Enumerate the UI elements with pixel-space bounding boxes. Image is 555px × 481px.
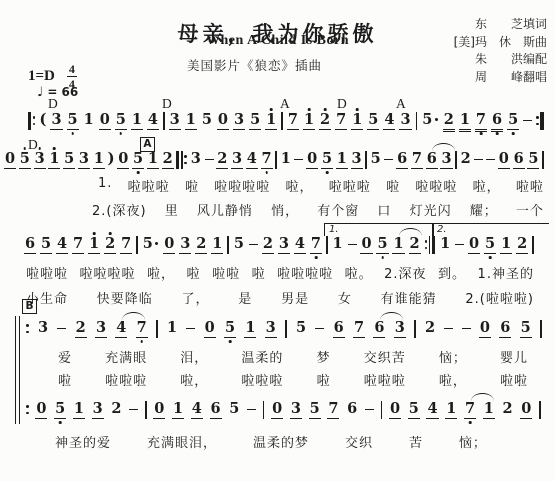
duration-dash — [186, 328, 195, 330]
note: 3 — [92, 401, 104, 419]
lyric-syllable: 啦。 — [345, 263, 373, 282]
repeat-dots — [26, 320, 29, 338]
note: 2 — [409, 236, 421, 254]
note: 0 — [360, 236, 372, 254]
lyric-syllable: 梦 — [317, 347, 331, 366]
note: 5 — [63, 151, 75, 169]
barline — [455, 151, 457, 169]
note: 0 — [217, 112, 229, 130]
note: 6 — [346, 401, 358, 416]
note: 0 — [306, 151, 318, 169]
high-octave-dot — [324, 108, 327, 111]
duration-dash — [247, 409, 256, 411]
high-octave-dot — [270, 108, 273, 111]
note: 4 — [147, 112, 159, 130]
note: 7 — [261, 151, 273, 169]
note: 1 — [244, 320, 256, 338]
barline — [539, 401, 541, 419]
note: 0 — [271, 401, 283, 419]
note: 1 — [172, 401, 184, 419]
lyric-syllable: 1. — [98, 176, 112, 195]
note: 3 — [399, 112, 411, 130]
section-marker-a: A — [140, 137, 155, 152]
note: 5 — [321, 151, 333, 169]
lyric-syllable: 一个 — [516, 200, 544, 219]
note: 3 — [231, 151, 243, 169]
barline — [416, 112, 418, 130]
high-octave-dot — [109, 232, 112, 235]
note: 6 — [210, 401, 222, 419]
lyric-syllable: 耀； — [470, 200, 498, 219]
note: 2 — [162, 151, 174, 169]
note: 1 — [83, 112, 95, 127]
chord-label: D — [162, 96, 172, 112]
note: 6 — [513, 151, 525, 169]
lyric-syllable: 啦， — [439, 370, 467, 389]
low-octave-dot — [326, 171, 329, 174]
note: 0 — [520, 401, 532, 419]
lyric-syllable: 里 — [165, 200, 179, 219]
lyrics-row: 爱充满眼泪，温柔的梦交织苦恼；婴儿 — [58, 347, 528, 366]
note: 2 — [424, 320, 436, 335]
lyric-syllable: 悄， — [271, 200, 299, 219]
note: 2 — [110, 401, 122, 416]
note: 5 — [507, 112, 519, 130]
repeat-dots — [184, 151, 187, 169]
parenthesis: ) — [107, 151, 114, 166]
barline — [381, 401, 383, 419]
note: 0 — [99, 112, 111, 130]
note: 3 — [37, 320, 49, 335]
lyric-syllable: 啦啦啦 — [105, 370, 147, 389]
duration-dash — [57, 328, 66, 330]
note: 3 — [34, 151, 46, 169]
lyric-syllable: 风儿静悄 — [197, 200, 253, 219]
barline — [275, 151, 277, 169]
duration-dash — [384, 159, 393, 161]
note: 5 — [67, 112, 79, 130]
volta-bracket: 1. — [324, 223, 434, 236]
barline — [136, 236, 138, 254]
note: 6 — [426, 151, 438, 169]
barline — [285, 320, 287, 338]
lyric-syllable: 恼； — [459, 432, 487, 451]
lyric-syllable: 灯光闪 — [410, 200, 452, 219]
lyric-syllable: 啦啦啦 — [364, 370, 406, 389]
note: 1 — [459, 112, 471, 130]
low-octave-dot — [120, 132, 123, 135]
note: 2 — [195, 236, 207, 254]
lyric-syllable: 啦 — [58, 370, 72, 389]
repeat-dots — [425, 236, 428, 254]
lyric-syllable: 啦啦 — [500, 370, 528, 389]
low-octave-dot — [469, 421, 472, 424]
lyric-syllable: 是 — [238, 288, 252, 307]
note: 7 — [136, 320, 148, 338]
note: 7 — [411, 151, 423, 169]
note: 0 — [498, 151, 510, 169]
note: 7 — [287, 112, 299, 130]
note: 4 — [426, 401, 438, 419]
sheet-music-page: 母亲，我为你骄傲 When A Child Is Born 美国影片《狼恋》插曲… — [0, 0, 555, 481]
low-octave-dot — [480, 132, 483, 135]
duration-dash — [455, 244, 464, 246]
barline — [285, 320, 287, 338]
note: 6 — [333, 320, 345, 338]
note: 4 — [56, 236, 68, 254]
repeat-dots — [536, 112, 539, 130]
note: 2 — [516, 236, 528, 254]
note: 5 — [228, 401, 240, 416]
repeat-dots — [26, 320, 29, 338]
barline — [414, 320, 416, 338]
note: 3 — [278, 236, 290, 254]
barline — [365, 151, 367, 169]
note: 3 — [179, 236, 191, 254]
barline — [542, 151, 544, 169]
duration-dash — [444, 328, 453, 330]
note: 3 — [95, 320, 107, 338]
lyric-syllable: 苦 — [409, 432, 423, 451]
lyric-syllable: 啦啦 — [212, 263, 240, 282]
low-octave-dot — [71, 132, 74, 135]
note: 5 — [233, 236, 245, 251]
note: 3 — [78, 151, 90, 169]
score-area: (35105143150351712715435217650531531)051… — [0, 0, 555, 481]
lyric-syllable: 啦 — [252, 263, 266, 282]
music-system-4: 3234710513567632065 — [26, 320, 542, 340]
note: 1 — [439, 236, 451, 251]
low-octave-dot — [140, 340, 143, 343]
chord-label: A — [280, 96, 290, 112]
lyric-syllable: 充满眼泪， — [147, 432, 217, 451]
duration-dash — [474, 159, 483, 161]
lyric-syllable: 口 — [377, 200, 391, 219]
note: 5 — [142, 236, 160, 251]
note: 7 — [475, 112, 487, 130]
low-octave-dot — [137, 171, 140, 174]
note: 1 — [147, 151, 159, 169]
duration-dash — [315, 328, 324, 330]
note: 0 — [204, 320, 216, 338]
note: 1 — [166, 320, 178, 335]
note: 7 — [72, 236, 84, 254]
lyrics-row: 神圣的爱充满眼泪，温柔的梦交织苦恼； — [55, 432, 487, 451]
low-octave-dot — [229, 340, 232, 343]
note: 3 — [290, 401, 302, 419]
music-system-1: (3510514315035171271543521765 — [28, 112, 544, 132]
lyric-syllable: 婴儿 — [500, 347, 528, 366]
note: 4 — [294, 236, 306, 254]
note: 1 — [332, 236, 344, 251]
note: 5 — [224, 320, 236, 338]
lyric-syllable: 交织 — [345, 432, 373, 451]
note: 7 — [310, 236, 322, 254]
barline — [176, 151, 179, 169]
lyrics-row: 2.(深夜)里风儿静悄悄，有个窗口灯光闪耀；一个 — [92, 200, 544, 219]
lyric-syllable: 爱 — [58, 347, 72, 366]
lyric-syllable: 啦 — [185, 176, 199, 195]
duration-dash — [486, 159, 495, 161]
high-octave-dot — [93, 232, 96, 235]
lyric-syllable: 啦， — [147, 263, 175, 282]
lyric-syllable: 啦 — [386, 176, 400, 195]
note: 0 — [4, 151, 16, 169]
lyrics-row: 啦啦啦啦啦啦啦啦，啦啦啦啦啦啦啦啦啦。2.深夜到。1.神圣的 — [26, 263, 534, 282]
barline — [281, 112, 283, 130]
music-system-2: 0531531)05123234710513567632065 — [4, 151, 544, 171]
barline — [416, 112, 418, 130]
lyric-syllable: 交织苦 — [364, 347, 406, 366]
lyric-syllable: 女 — [338, 288, 352, 307]
barline — [136, 236, 138, 254]
repeat-begin — [28, 112, 35, 130]
note: 3 — [394, 320, 406, 338]
note: 4 — [115, 320, 127, 338]
volta-bracket: 2. — [432, 223, 549, 236]
barline — [281, 112, 283, 130]
lyrics-row: 啦啦啦啦啦，啦啦啦啦啦啦啦啦，啦啦 — [58, 370, 528, 389]
chord-label: D — [28, 137, 38, 153]
note: 0 — [479, 320, 491, 338]
duration-dash — [249, 244, 258, 246]
note: 7 — [327, 401, 339, 419]
note: 7 — [353, 320, 365, 338]
note: 1 — [500, 236, 512, 254]
low-octave-dot — [381, 256, 384, 259]
note: 2 — [104, 236, 116, 254]
note: 5 — [367, 112, 379, 130]
lyric-syllable: 男是 — [281, 288, 309, 307]
barline — [326, 236, 328, 254]
barline — [539, 401, 541, 419]
duration-dash — [462, 328, 471, 330]
note: 5 — [520, 320, 532, 338]
barline — [145, 401, 147, 419]
lyric-syllable: 2.(啦啦啦) — [465, 288, 534, 307]
chord-label: A — [396, 96, 406, 112]
barline — [275, 151, 277, 169]
duration-dash — [348, 244, 357, 246]
lyric-syllable: 啦啦啦 — [26, 263, 68, 282]
low-octave-dot — [59, 421, 62, 424]
lyric-syllable: 啦， — [473, 176, 501, 195]
lyric-syllable: 有个窗 — [317, 200, 359, 219]
note: 3 — [265, 320, 277, 338]
note: 5 — [309, 401, 321, 419]
lyric-syllable: 啦啦啦啦 — [277, 263, 333, 282]
low-octave-dot — [489, 256, 492, 259]
barline — [227, 236, 229, 254]
repeat-dots — [33, 112, 36, 130]
barline — [429, 236, 431, 254]
low-octave-dot — [315, 256, 318, 259]
barline — [540, 112, 543, 130]
note: 7 — [464, 401, 476, 419]
note: 1 — [131, 112, 143, 130]
lyric-syllable: 泪， — [180, 347, 208, 366]
lyric-syllable: 啦啦啦 — [241, 370, 283, 389]
lyric-syllable: 啦， — [180, 370, 208, 389]
note: 1 — [211, 236, 223, 254]
note: 0 — [153, 401, 165, 419]
note: 5 — [54, 401, 66, 419]
music-system-5: 05132014650357605417120 — [26, 401, 541, 421]
note: 0 — [389, 401, 401, 419]
barline — [263, 401, 265, 419]
low-octave-dot — [496, 132, 499, 135]
note: 0 — [35, 401, 47, 419]
chord-label: D — [48, 96, 58, 112]
note: 1 — [445, 401, 457, 419]
note: 1 — [88, 236, 100, 254]
note: 3 — [233, 112, 245, 130]
lyrics-row: 小生命快要降临了，是男是女有谁能猜2.(啦啦啦) — [26, 288, 534, 307]
chord-label: D — [337, 96, 347, 112]
lyric-syllable: 恼； — [439, 347, 467, 366]
barline — [540, 320, 542, 338]
note: 6 — [24, 236, 36, 254]
lyric-syllable: 温柔的 — [241, 347, 283, 366]
second-beam — [459, 131, 471, 132]
lyric-syllable: 神圣的爱 — [55, 432, 111, 451]
music-system-3: 654712750321523471051210512 — [24, 236, 534, 256]
barline — [227, 236, 229, 254]
high-octave-dot — [24, 147, 27, 150]
barline — [540, 320, 542, 338]
lyric-syllable: 啦 — [187, 263, 201, 282]
repeat-end — [425, 236, 436, 254]
lyric-syllable: 1.神圣的 — [478, 263, 534, 282]
barline — [156, 320, 158, 338]
lyric-syllable: 啦啦啦 — [329, 176, 371, 195]
barline — [326, 236, 328, 254]
barline — [381, 401, 383, 419]
duration-dash — [205, 159, 214, 161]
note: 2 — [502, 401, 514, 416]
repeat-dots — [26, 401, 29, 419]
lyric-syllable: 到。 — [438, 263, 466, 282]
barline — [163, 112, 165, 130]
note: 6 — [491, 112, 503, 130]
lyric-syllable: 充满眼 — [105, 347, 147, 366]
note: 1 — [185, 112, 197, 130]
barline — [365, 151, 367, 169]
note: 0 — [163, 236, 175, 254]
note: 5 — [115, 112, 127, 130]
system-repeat-bracket — [15, 316, 20, 424]
repeat-begin — [176, 151, 187, 169]
note: 5 — [527, 151, 539, 169]
note: 1 — [280, 151, 292, 166]
high-octave-dot — [38, 147, 41, 150]
barline — [145, 401, 147, 419]
note: 3 — [190, 151, 202, 166]
section-marker-b: B — [22, 299, 37, 314]
note: 0 — [468, 236, 480, 254]
augmentation-dot — [435, 118, 438, 121]
note: 5 — [408, 401, 420, 419]
duration-dash — [523, 120, 532, 122]
note: 3 — [169, 112, 181, 130]
note: 4 — [191, 401, 203, 419]
repeat-dots — [26, 401, 29, 419]
barline — [28, 112, 31, 130]
lyrics-row: 1.啦啦啦啦啦啦啦啦啦，啦啦啦啦啦啦啦啦，啦啦 — [98, 176, 544, 195]
barline — [432, 236, 435, 254]
lyric-syllable: 2.深夜 — [384, 263, 426, 282]
note: 5 — [249, 112, 261, 130]
note: 1 — [483, 401, 495, 419]
note: 1 — [303, 112, 315, 130]
note: 2 — [262, 236, 274, 254]
lyric-syllable: 啦啦啦啦 — [214, 176, 270, 195]
note: 2 — [75, 320, 87, 338]
note: 3 — [351, 151, 363, 169]
lyric-syllable: 啦啦啦 — [415, 176, 457, 195]
lyric-syllable: 2.(深夜) — [92, 200, 147, 219]
barline — [181, 151, 183, 169]
lyric-syllable: 快要降临 — [97, 288, 153, 307]
barline — [156, 320, 158, 338]
note: 5 — [484, 236, 496, 254]
lyric-syllable: 温柔的梦 — [253, 432, 309, 451]
barline — [542, 151, 544, 169]
lyric-syllable: 啦啦啦啦 — [80, 263, 136, 282]
low-octave-dot — [512, 132, 515, 135]
note: 7 — [120, 236, 132, 254]
note: 1 — [48, 151, 60, 169]
note: 1 — [93, 151, 105, 169]
note: 2 — [443, 112, 455, 130]
note: 6 — [396, 151, 408, 169]
barline — [263, 401, 265, 419]
note: 1 — [351, 112, 363, 130]
note: 3 — [440, 151, 452, 169]
parenthesis: ( — [39, 112, 46, 127]
high-octave-dot — [356, 108, 359, 111]
lyric-syllable: 了， — [182, 288, 210, 307]
repeat-end — [536, 112, 543, 130]
low-octave-dot — [265, 171, 268, 174]
note: 1 — [336, 151, 348, 169]
lyric-syllable: 啦， — [286, 176, 314, 195]
lyric-syllable: 啦啦啦 — [128, 176, 170, 195]
barline — [163, 112, 165, 130]
note: 5 — [370, 151, 382, 166]
high-octave-dot — [308, 108, 311, 111]
barline — [455, 151, 457, 169]
augmentation-dot — [155, 242, 158, 245]
note: 5 — [40, 236, 52, 254]
note: 5 — [421, 112, 439, 127]
high-octave-dot — [53, 147, 56, 150]
note: 4 — [246, 151, 258, 169]
note: 2 — [216, 151, 228, 169]
note: 6 — [499, 320, 511, 338]
lyric-syllable: 有谁能猜 — [381, 288, 437, 307]
lyric-syllable: 啦啦 — [516, 176, 544, 195]
barline — [414, 320, 416, 338]
duration-dash — [365, 409, 374, 411]
barline — [532, 236, 534, 254]
note: 5 — [376, 236, 388, 254]
note: 5 — [19, 151, 31, 169]
note: 1 — [265, 112, 277, 130]
note: 3 — [50, 112, 62, 130]
note: 1 — [73, 401, 85, 419]
note: 7 — [335, 112, 347, 130]
